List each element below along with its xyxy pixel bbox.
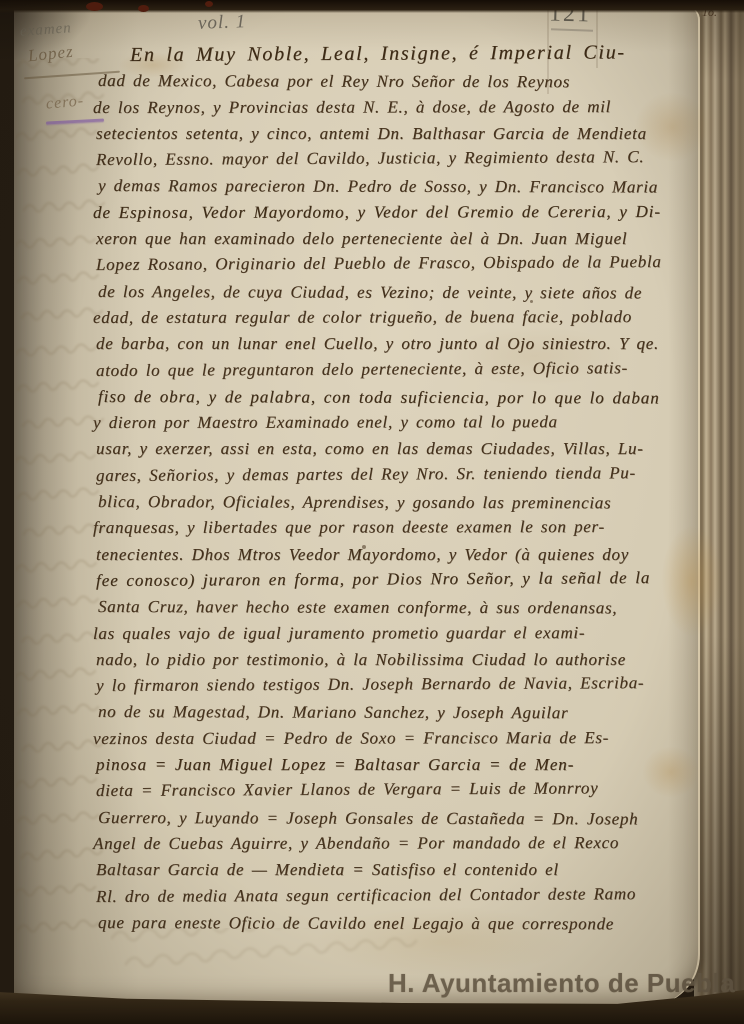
- ink-speck: [362, 545, 366, 549]
- manuscript-line: Guerrero, y Luyando = Joseph Gonsales de…: [98, 805, 700, 833]
- manuscript-line: tenecientes. Dhos Mtros Veedor Mayordomo…: [96, 542, 698, 568]
- manuscript-line: Angel de Cuebas Aguirre, y Abendaño = Po…: [93, 830, 695, 857]
- manuscript-line: de los Reynos, y Provincias desta N. E.,…: [93, 94, 695, 121]
- manuscript-line: vezinos desta Ciudad = Pedro de Soxo = F…: [93, 725, 695, 752]
- ink-speck: [530, 300, 533, 303]
- manuscript-line: dieta = Francisco Xavier Llanos de Verga…: [96, 775, 698, 804]
- manuscript-line: setecientos setenta, y cinco, antemi Dn.…: [96, 121, 698, 147]
- ink-blob: [138, 5, 149, 12]
- ink-blob: [205, 1, 213, 7]
- manuscript-line: y lo firmaron siendo testigos Dn. Joseph…: [96, 670, 698, 699]
- manuscript-line: de los Angeles, de cuya Ciudad, es Vezin…: [98, 279, 700, 307]
- book-top-edge: [0, 0, 744, 13]
- manuscript-line: usar, y exerzer, assi en esta, como en l…: [96, 436, 698, 462]
- manuscript-line: franquesas, y libertades que por rason d…: [93, 514, 695, 541]
- manuscript-line: que para eneste Oficio de Cavildo enel L…: [98, 910, 700, 938]
- manuscript-line: En la Muy Noble, Leal, Insigne, é Imperi…: [130, 39, 698, 68]
- manuscript-line: dad de Mexico, Cabesa por el Rey Nro Señ…: [98, 68, 700, 96]
- ink-speck: [250, 640, 253, 643]
- manuscript-line: Revollo, Essno. mayor del Cavildo, Justi…: [96, 144, 698, 173]
- volume-label: vol. 1: [198, 11, 247, 35]
- book-fore-edge-shade: [694, 0, 744, 1024]
- manuscript-line: Lopez Rosano, Originario del Pueblo de F…: [96, 249, 698, 278]
- manuscript-line: Baltasar Garcia de — Mendieta = Satisfis…: [96, 857, 698, 883]
- manuscript-line: de barba, con un lunar enel Cuello, y ot…: [96, 331, 698, 357]
- manuscript-line: gares, Señorios, y demas partes del Rey …: [96, 460, 698, 489]
- manuscript-line: las quales vajo de igual juramento prome…: [93, 619, 695, 646]
- corner-shadow: [0, 0, 90, 60]
- manuscript-line: y dieron por Maestro Examinado enel, y c…: [93, 409, 695, 436]
- ink-margin-note: cero-: [45, 92, 85, 113]
- manuscript-line: no de su Magestad, Dn. Mariano Sanchez, …: [98, 699, 700, 727]
- manuscript-line: y demas Ramos parecieron Dn. Pedro de So…: [98, 173, 700, 201]
- manuscript-line: nado, lo pidio por testimonio, à la Nobi…: [96, 647, 698, 673]
- manuscript-line: Santa Cruz, haver hecho este examen conf…: [98, 594, 700, 622]
- manuscript-line: atodo lo que le preguntaron delo pertene…: [96, 354, 698, 383]
- manuscript-line: Rl. dro de media Anata segun certificaci…: [96, 880, 698, 909]
- manuscript-line: fiso de obra, y de palabra, con toda suf…: [98, 384, 700, 412]
- manuscript-text: En la Muy Noble, Leal, Insigne, é Imperi…: [96, 42, 698, 936]
- manuscript-line: edad, de estatura regular de color trigu…: [93, 304, 695, 331]
- archive-watermark: H. Ayuntamiento de Puebla: [388, 968, 735, 999]
- manuscript-line: de Espinosa, Vedor Mayordomo, y Vedor de…: [93, 199, 695, 226]
- manuscript-line: fee conosco) juraron en forma, por Dios …: [96, 565, 698, 594]
- manuscript-line: blica, Obrador, Oficiales, Aprendises, y…: [98, 489, 700, 517]
- manuscript-photo: examen vol. 1 121 Lopez cero- 1o. En la …: [0, 0, 744, 1024]
